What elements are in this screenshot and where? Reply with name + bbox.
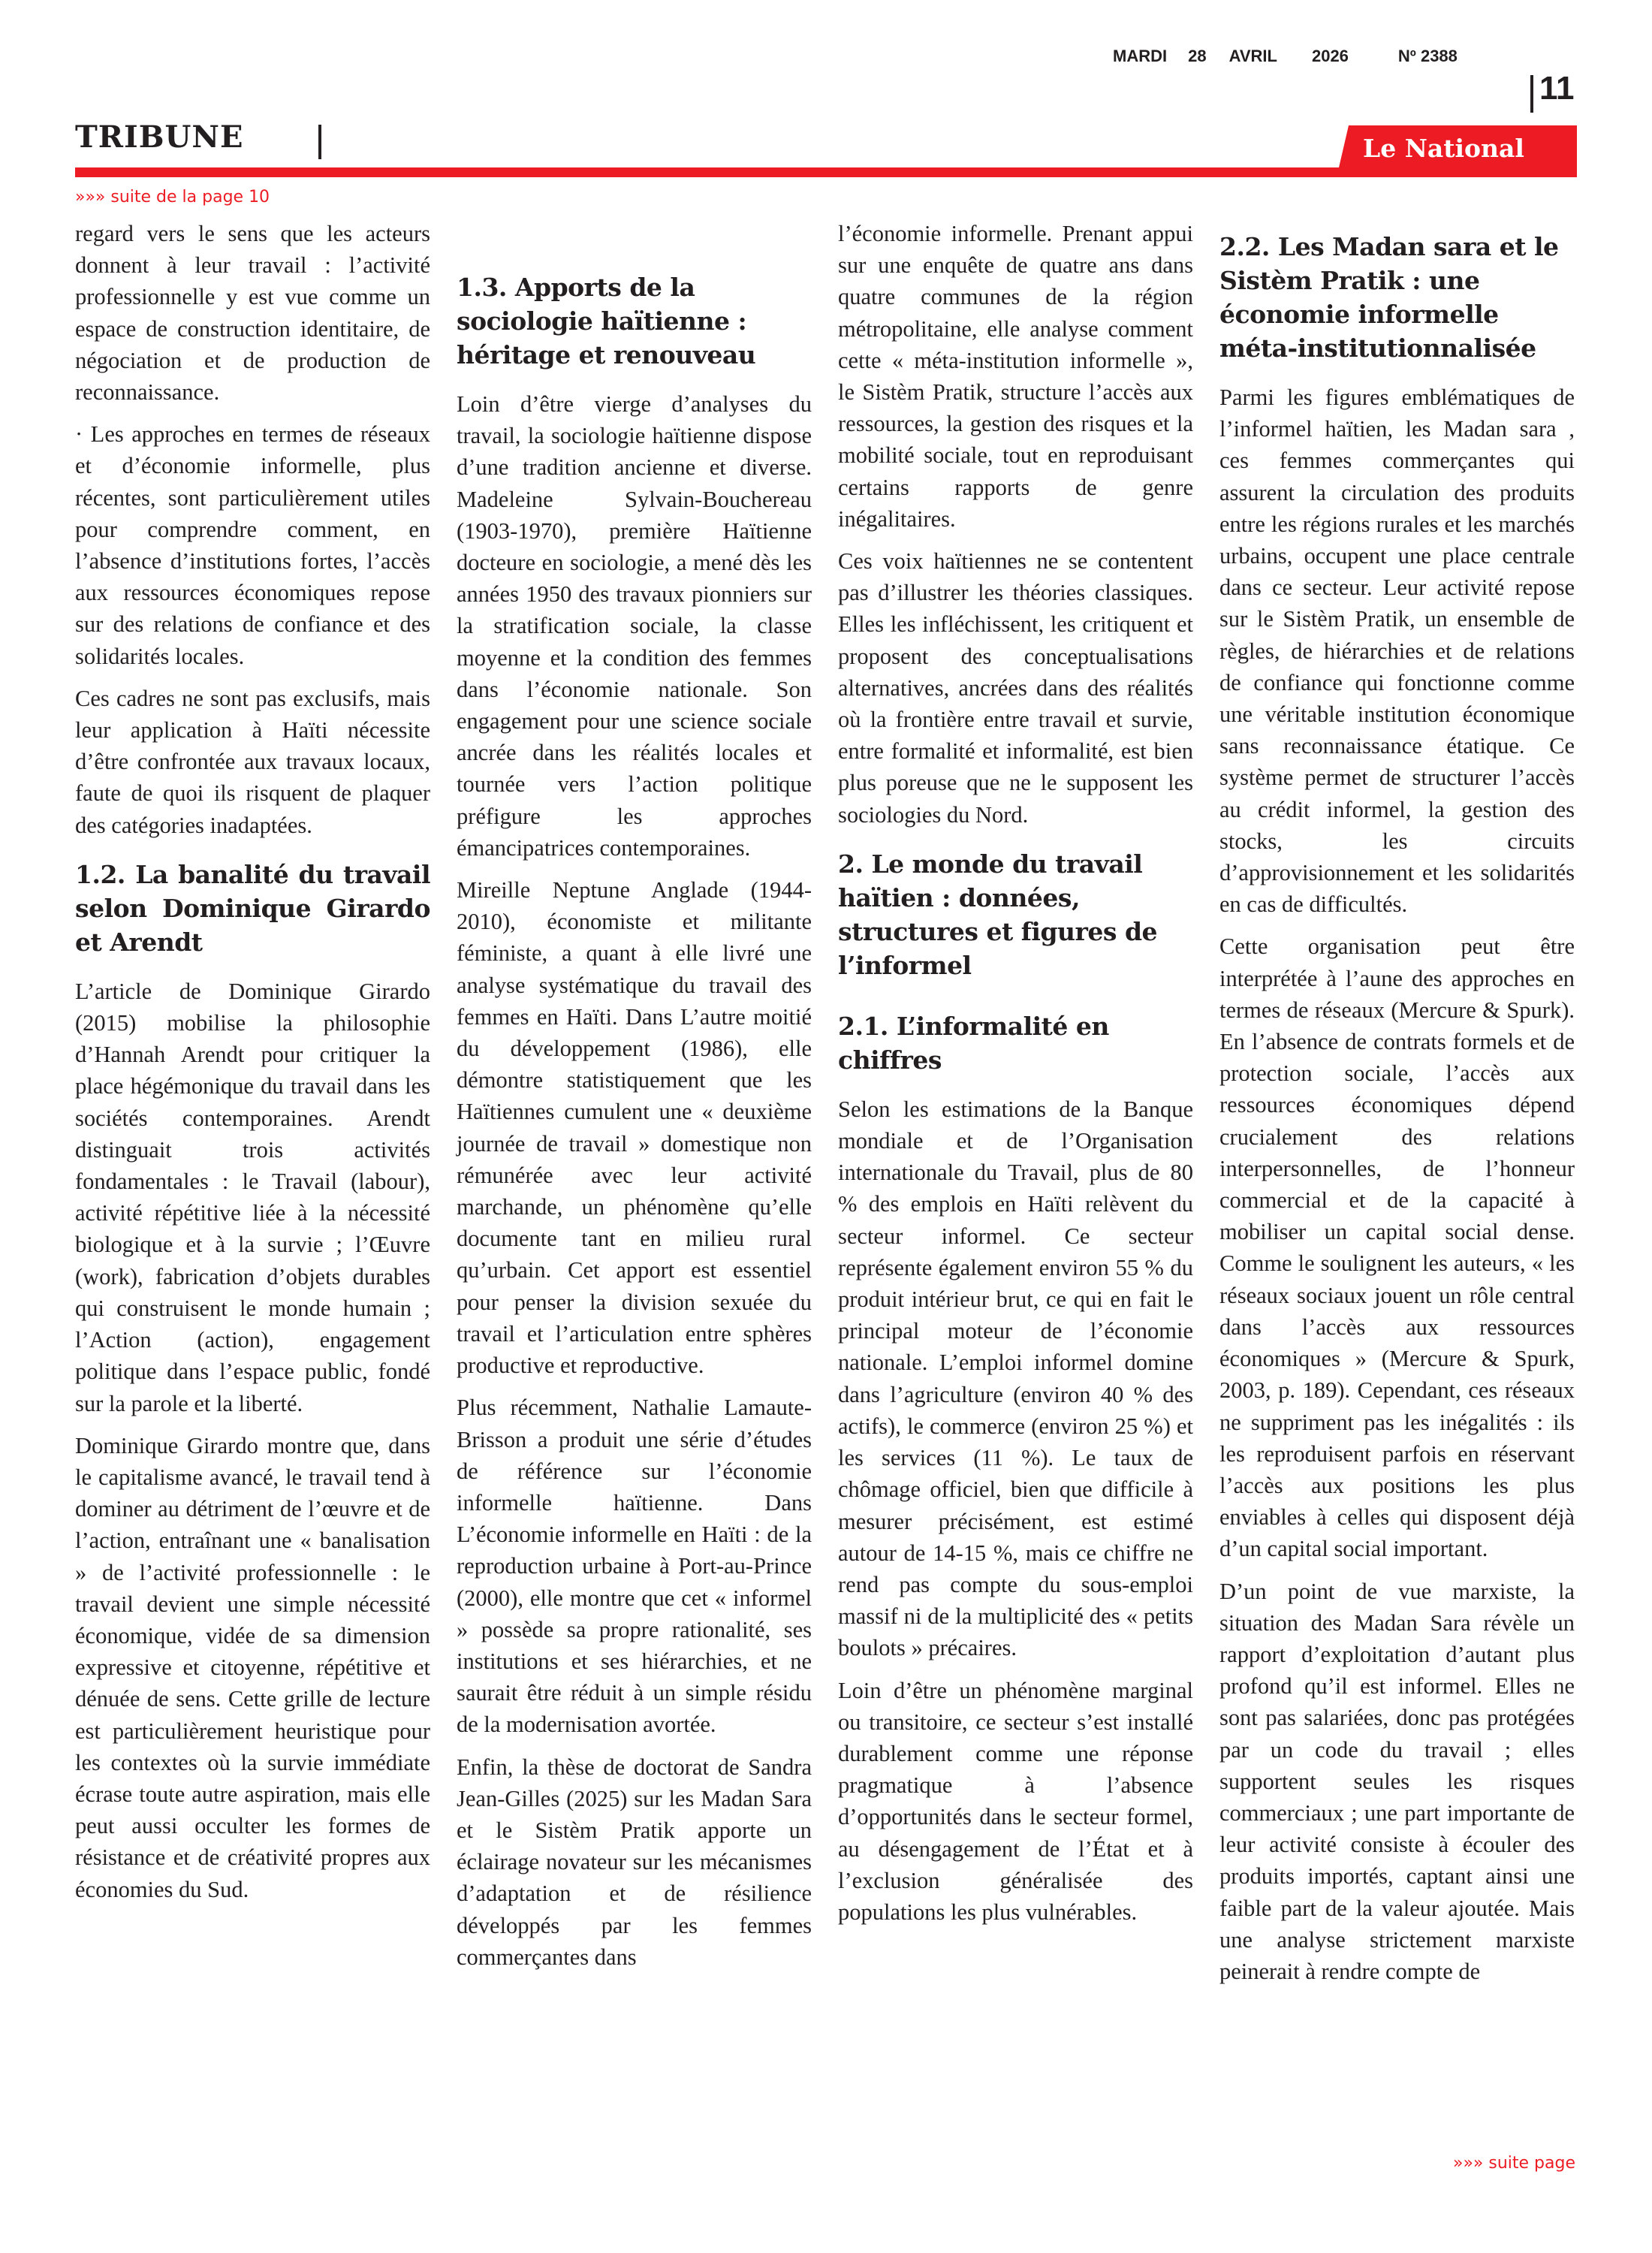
article-column-4: 2.2. Les Madan sara et le Sistèm Pratik … <box>1219 218 1575 1998</box>
issue-year: 2026 <box>1312 47 1349 66</box>
section-title: TRIBUNE <box>75 120 243 155</box>
paragraph: L’article de Dominique Girardo (2015) mo… <box>75 976 430 1419</box>
paragraph: Ces cadres ne sont pas exclusifs, mais l… <box>75 683 430 841</box>
continued-from-link[interactable]: »»» suite de la page 10 <box>75 188 270 207</box>
paragraph: regard vers le sens que les acteurs donn… <box>75 218 430 408</box>
issue-number: Nº 2388 <box>1398 47 1458 66</box>
issue-month: AVRIL <box>1229 47 1277 66</box>
section-heading: 1.3. Apports de la sociologie haïtienne … <box>457 270 812 372</box>
section-heading: 2.2. Les Madan sara et le Sistèm Pratik … <box>1219 230 1575 365</box>
paragraph: Ces voix haïtiennes ne se contentent pas… <box>838 545 1193 831</box>
paragraph: D’un point de vue marxiste, la situation… <box>1219 1576 1575 1988</box>
article-column-3: l’économie informelle. Prenant appui sur… <box>838 218 1193 1998</box>
paragraph: Selon les estimations de la Banque mondi… <box>838 1093 1193 1664</box>
paragraph: Loin d’être un phénomène marginal ou tra… <box>838 1675 1193 1929</box>
issue-date-line: MARDI 28 AVRIL 2026 Nº 2388 <box>1113 47 1458 66</box>
newspaper-logo: Le National <box>1363 132 1524 165</box>
issue-date: 28 <box>1188 47 1206 66</box>
section-divider <box>318 125 321 159</box>
issue-day: MARDI <box>1113 47 1167 66</box>
paragraph: Enfin, la thèse de doctorat de Sandra Je… <box>457 1751 812 1973</box>
paragraph: l’économie informelle. Prenant appui sur… <box>838 218 1193 535</box>
header-rule <box>75 167 1577 177</box>
paragraph: Cette organisation peut être interprétée… <box>1219 930 1575 1564</box>
section-heading: 1.2. La banalité du travail selon Domini… <box>75 858 430 959</box>
paragraph: Parmi les figures emblématiques de l’inf… <box>1219 382 1575 920</box>
paragraph: Plus récemment, Nathalie Lamaute-Brisson… <box>457 1392 812 1740</box>
paragraph: · Les approches en termes de réseaux et … <box>75 418 430 672</box>
paragraph: Dominique Girardo montre que, dans le ca… <box>75 1430 430 1905</box>
paragraph: Loin d’être vierge d’analyses du travail… <box>457 388 812 864</box>
article-column-1: regard vers le sens que les acteurs donn… <box>75 218 430 1998</box>
page-number-divider <box>1530 75 1533 113</box>
article-body: regard vers le sens que les acteurs donn… <box>75 218 1577 1998</box>
article-column-2: 1.3. Apports de la sociologie haïtienne … <box>457 218 812 1998</box>
page-number: 11 <box>1539 72 1575 105</box>
continued-on-link[interactable]: »»» suite page <box>1453 2154 1575 2173</box>
section-heading: 2.1. L’informalité en chiffres <box>838 1009 1193 1077</box>
section-heading: 2. Le monde du travail haïtien : données… <box>838 847 1193 982</box>
paragraph: Mireille Neptune Anglade (1944-2010), éc… <box>457 874 812 1381</box>
